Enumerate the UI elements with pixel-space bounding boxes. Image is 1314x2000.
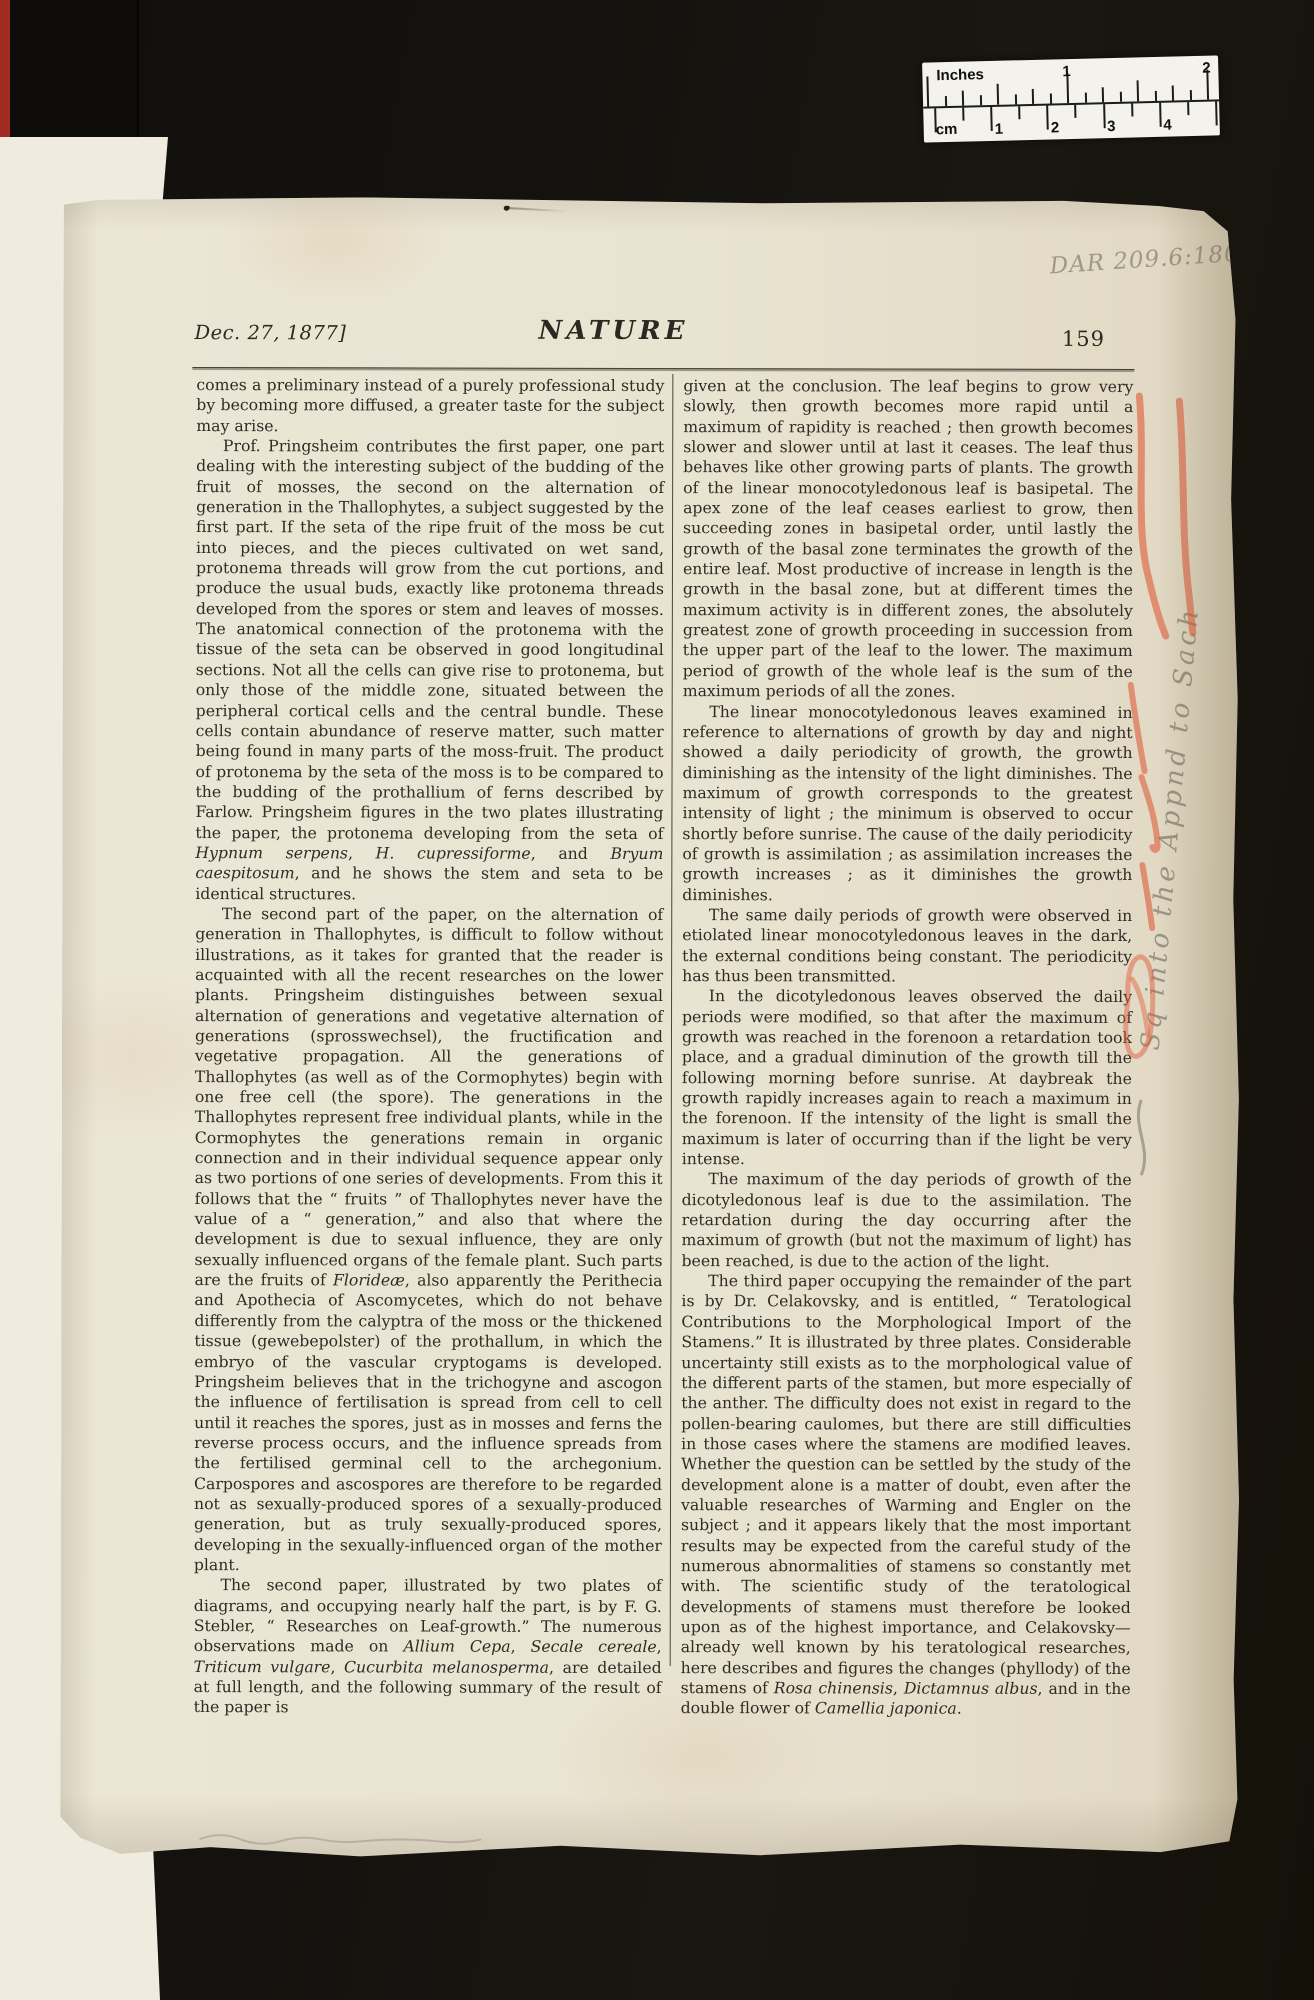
paragraph: The second paper, illustrated by two pla… xyxy=(194,1575,662,1718)
cm-tick xyxy=(1018,106,1020,119)
inch-tick xyxy=(962,91,964,106)
ruler-cm-label: cm xyxy=(936,121,958,139)
paragraph: comes a preliminary instead of a purely … xyxy=(196,375,664,437)
inch-tick xyxy=(1119,92,1121,102)
cm-number: 4 xyxy=(1163,117,1172,134)
inch-tick xyxy=(1084,93,1086,103)
cm-number: 3 xyxy=(1107,118,1116,135)
paragraph: The maximum of the day periods of growth… xyxy=(681,1169,1131,1272)
header-rule xyxy=(192,367,1134,372)
header-date: Dec. 27, 1877] xyxy=(194,321,346,344)
text-column-right: given at the conclusion. The leaf begins… xyxy=(681,376,1134,1720)
cm-number: 1 xyxy=(995,121,1004,138)
paragraph: In the dicotyledonous leaves observed th… xyxy=(682,986,1132,1170)
cm-tick xyxy=(1075,105,1077,118)
paragraph: The same daily periods of growth were ob… xyxy=(682,905,1132,987)
cm-tick xyxy=(962,108,964,121)
journal-title: NATURE xyxy=(483,316,743,347)
inch-tick xyxy=(1032,89,1034,104)
cm-tick xyxy=(1215,101,1218,125)
inch-number: 2 xyxy=(1202,60,1211,77)
ruler-midline xyxy=(923,99,1219,108)
inch-tick xyxy=(1137,80,1140,101)
background-shadow-corner xyxy=(0,0,137,137)
inch-tick xyxy=(1154,91,1156,101)
paragraph: Prof. Pringsheim contributes the first p… xyxy=(195,436,664,905)
inch-tick xyxy=(1189,90,1191,100)
photographed-journal-page-scene: Inches cm 12 12345 DAR 209.6:180 Dec. 27… xyxy=(0,0,1314,2000)
cm-tick xyxy=(1103,104,1106,128)
cm-tick xyxy=(934,108,937,132)
inch-tick xyxy=(944,96,946,106)
journal-page: DAR 209.6:180 Dec. 27, 1877] NATURE 159 … xyxy=(60,197,1241,1863)
inch-tick xyxy=(926,76,929,106)
cm-number: 2 xyxy=(1051,119,1060,136)
ruler-inches-label: Inches xyxy=(936,66,984,84)
archive-reference-note: DAR 209.6:180 xyxy=(1049,241,1240,280)
pencil-margin-note: Sq into the Appnd to Sach xyxy=(1136,581,1208,1052)
paragraph: The second part of the paper, on the alt… xyxy=(194,904,663,1576)
scale-ruler: Inches cm 12 12345 xyxy=(922,55,1220,142)
inch-tick xyxy=(979,95,981,105)
inch-number: 1 xyxy=(1062,63,1071,80)
color-strip-edge xyxy=(0,0,10,138)
cm-tick xyxy=(990,107,993,131)
paragraph: The third paper occupying the remainder … xyxy=(681,1271,1132,1720)
page-number: 159 xyxy=(1048,327,1118,351)
inch-tick xyxy=(1049,93,1051,103)
cm-tick xyxy=(1187,102,1189,115)
inch-tick xyxy=(1172,85,1174,100)
ink-smear xyxy=(510,207,568,212)
inch-tick xyxy=(1014,94,1016,104)
cm-tick xyxy=(1131,103,1133,116)
inch-tick xyxy=(997,84,1000,105)
paragraph: given at the conclusion. The leaf begins… xyxy=(683,376,1134,702)
cm-tick xyxy=(1159,103,1162,127)
inch-tick xyxy=(1102,87,1104,102)
text-column-left: comes a preliminary instead of a purely … xyxy=(194,375,665,1719)
paragraph: The linear monocotyledonous leaves exami… xyxy=(682,702,1132,906)
cm-tick xyxy=(1046,106,1049,130)
column-divider xyxy=(670,374,674,1666)
